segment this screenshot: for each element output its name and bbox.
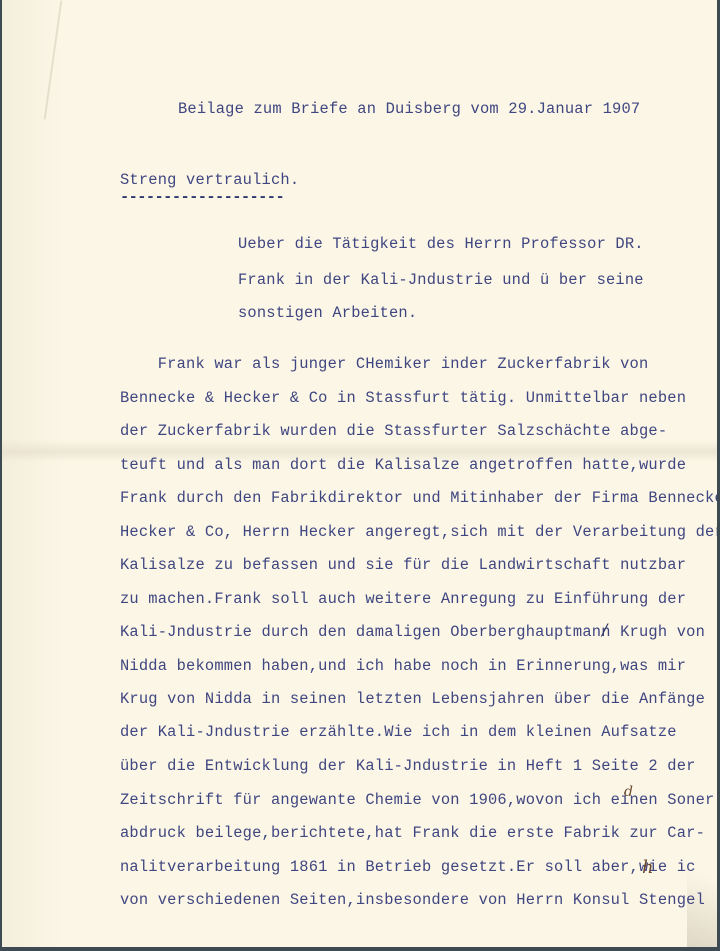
handwritten-insert-sonder: d: [624, 784, 633, 800]
body-line: der Kali-Jndustrie erzählte.Wie ich in d…: [120, 725, 677, 740]
body-line: zu machen.Frank soll auch weitere Anregu…: [120, 592, 686, 607]
confidential-underline: -------------------: [120, 190, 284, 205]
body-line: nalitverarbeitung 1861 in Betrieb gesetz…: [120, 860, 696, 875]
handwritten-strike-krugh: /: [602, 620, 607, 639]
body-line: Kalisalze zu befassen und sie für die La…: [120, 558, 686, 573]
subject-line: Frank in der Kali-Jndustrie und ü ber se…: [238, 273, 644, 288]
handwritten-correction-ich: h: [642, 857, 654, 878]
confidential-label: Streng vertraulich.: [120, 173, 299, 188]
paper-crease: [44, 0, 63, 119]
body-line: Frank durch den Fabrikdirektor und Mitin…: [120, 491, 717, 506]
subject-line: sonstigen Arbeiten.: [238, 306, 417, 321]
body-line: Kali-Jndustrie durch den damaligen Oberb…: [120, 625, 705, 640]
body-line: der Zuckerfabrik wurden die Stassfurter …: [120, 424, 667, 439]
body-line: teuft und als man dort die Kalisalze ang…: [120, 458, 686, 473]
body-line: über die Entwicklung der Kali-Jndustrie …: [120, 759, 696, 774]
subject-line: Ueber die Tätigkeit des Herrn Professor …: [238, 237, 644, 252]
body-line: Frank war als junger CHemiker inder Zuck…: [120, 357, 648, 372]
paper-fold-corner: [687, 827, 717, 947]
body-line: Krug von Nidda in seinen letzten Lebensj…: [120, 692, 705, 707]
body-line: Hecker & Co, Herrn Hecker angeregt,sich …: [120, 525, 717, 540]
body-line: Bennecke & Hecker & Co in Stassfurt täti…: [120, 391, 686, 406]
body-line: Nidda bekommen haben,und ich habe noch i…: [120, 659, 686, 674]
document-page: Beilage zum Briefe an Duisberg vom 29.Ja…: [2, 0, 717, 947]
body-line: abdruck beilege,berichtete,hat Frank die…: [120, 826, 705, 841]
body-line: von verschiedenen Seiten,insbesondere vo…: [120, 893, 705, 908]
letter-heading: Beilage zum Briefe an Duisberg vom 29.Ja…: [178, 102, 640, 117]
